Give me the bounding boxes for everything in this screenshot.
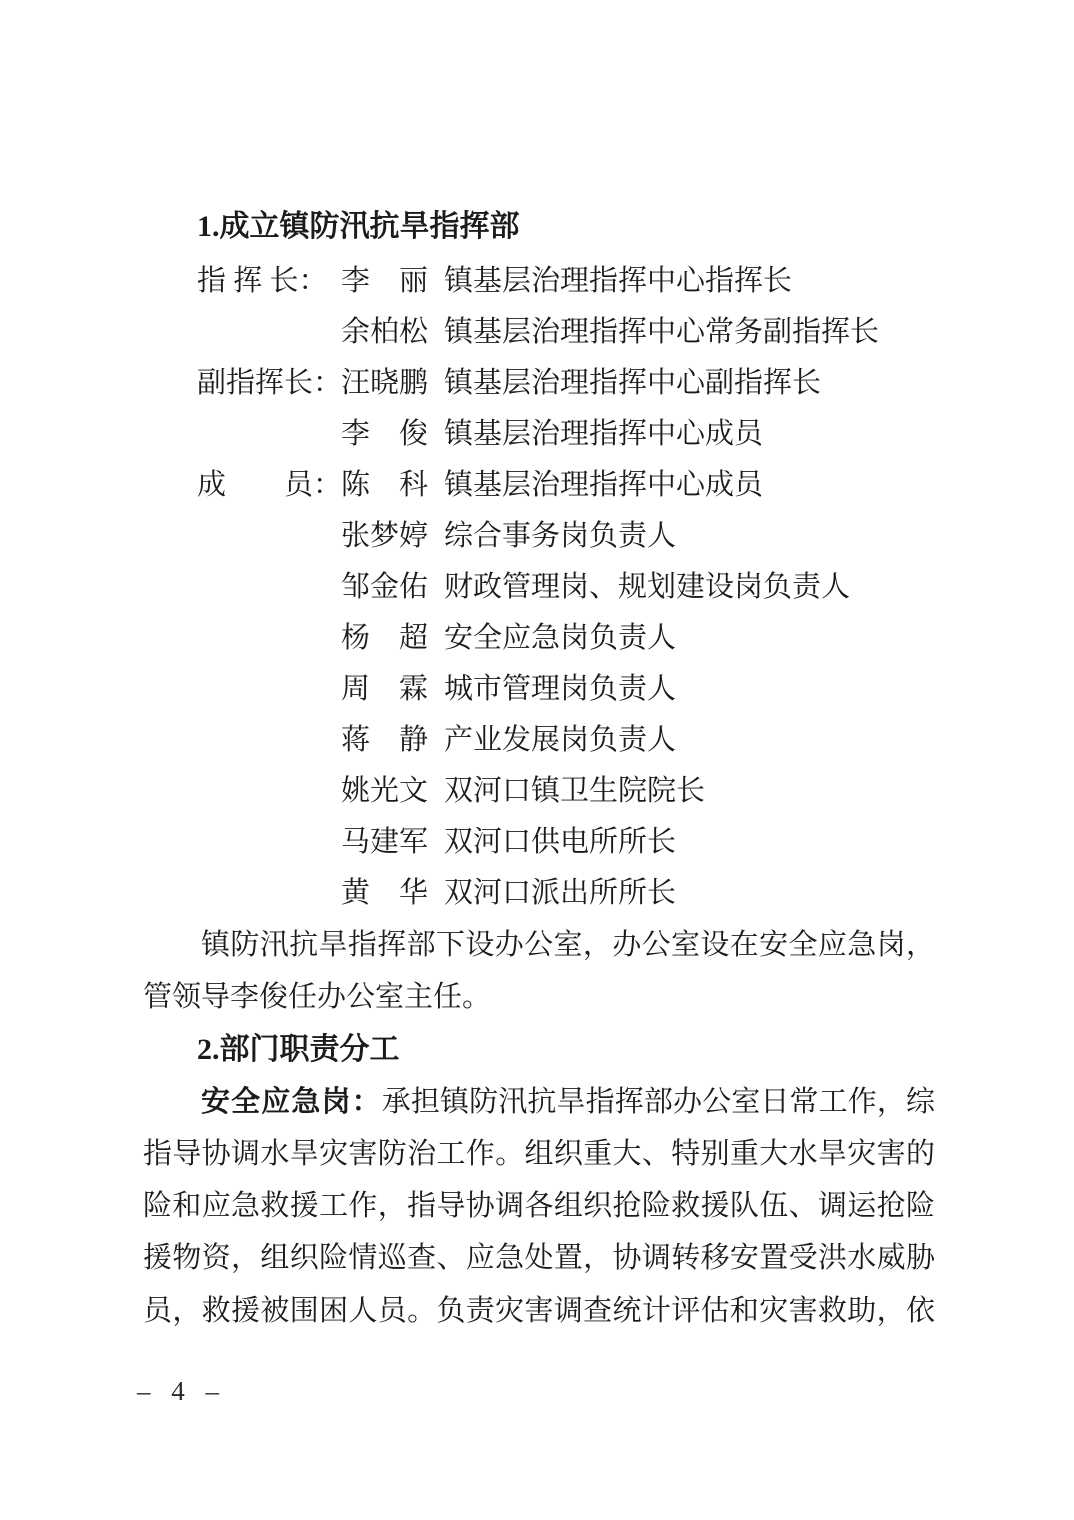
duty-paragraph-line: 险和应急救援工作，指导协调各组织抢险救援队伍、调运抢险救 xyxy=(143,1180,935,1232)
roster-person-title: 综合事务岗负责人 xyxy=(444,520,676,552)
document-page: 1.成立镇防汛抗旱指挥部 指 挥 长：李 丽镇基层治理指挥中心指挥长 余柏松镇基… xyxy=(0,0,1074,1520)
roster-row: 张梦婷综合事务岗负责人 xyxy=(143,511,935,562)
roster-person-name: 周 霖 xyxy=(341,664,444,715)
roster-row: 指 挥 长：李 丽镇基层治理指挥中心指挥长 xyxy=(143,256,935,307)
roster-row: 邹金佑财政管理岗、规划建设岗负责人 xyxy=(143,562,935,613)
section-2-heading: 2.部门职责分工 xyxy=(143,1024,935,1076)
roster-person-name: 杨 超 xyxy=(341,613,444,664)
roster-row: 黄 华双河口派出所所长 xyxy=(143,868,935,919)
roster-row: 杨 超安全应急岗负责人 xyxy=(143,613,935,664)
duty-paragraph-line: 安全应急岗：承担镇防汛抗旱指挥部办公室日常工作，综合 xyxy=(143,1076,935,1128)
roster-person-title: 城市管理岗负责人 xyxy=(444,673,676,705)
roster-person-title: 镇基层治理指挥中心成员 xyxy=(444,418,763,450)
page-number: – 4 – xyxy=(137,1376,222,1406)
roster-person-name: 李 俊 xyxy=(341,409,444,460)
roster-person-title: 镇基层治理指挥中心指挥长 xyxy=(444,265,792,297)
roster-row: 周 霖城市管理岗负责人 xyxy=(143,664,935,715)
roster-person-title: 财政管理岗、规划建设岗负责人 xyxy=(444,571,850,603)
roster-role-label: 指 挥 长： xyxy=(197,256,341,307)
roster-person-title: 双河口镇卫生院院长 xyxy=(444,775,705,807)
roster-row: 蒋 静产业发展岗负责人 xyxy=(143,715,935,766)
roster-row: 李 俊镇基层治理指挥中心成员 xyxy=(143,409,935,460)
roster-row: 副指挥长：汪晓鹏镇基层治理指挥中心副指挥长 xyxy=(143,358,935,409)
roster-row: 马建军双河口供电所所长 xyxy=(143,817,935,868)
roster-person-name: 邹金佑 xyxy=(341,562,444,613)
office-note-line: 镇防汛抗旱指挥部下设办公室，办公室设在安全应急岗，分 xyxy=(143,919,935,971)
document-body: 1.成立镇防汛抗旱指挥部 指 挥 长：李 丽镇基层治理指挥中心指挥长 余柏松镇基… xyxy=(143,198,935,1337)
section-1-heading: 1.成立镇防汛抗旱指挥部 xyxy=(143,198,935,256)
roster-person-title: 镇基层治理指挥中心成员 xyxy=(444,469,763,501)
roster-row: 姚光文双河口镇卫生院院长 xyxy=(143,766,935,817)
roster-person-name: 黄 华 xyxy=(341,868,444,919)
duty-paragraph-line: 援物资，组织险情巡查、应急处置，协调转移安置受洪水威胁人 xyxy=(143,1232,935,1284)
roster-person-name: 张梦婷 xyxy=(341,511,444,562)
roster-person-title: 产业发展岗负责人 xyxy=(444,724,676,756)
roster-person-title: 双河口供电所所长 xyxy=(444,826,676,858)
office-note-line: 管领导李俊任办公室主任。 xyxy=(143,971,935,1023)
roster-person-name: 蒋 静 xyxy=(341,715,444,766)
roster-role-label: 副指挥长： xyxy=(197,358,341,409)
roster-person-name: 余柏松 xyxy=(341,307,444,358)
roster-person-name: 汪晓鹏 xyxy=(341,358,444,409)
duty-paragraph-line: 指导协调水旱灾害防治工作。组织重大、特别重大水旱灾害的抢 xyxy=(143,1128,935,1180)
roster-person-name: 陈 科 xyxy=(341,460,444,511)
roster-person-name: 李 丽 xyxy=(341,256,444,307)
roster-role-label: 成 员： xyxy=(197,460,341,511)
roster-person-title: 镇基层治理指挥中心副指挥长 xyxy=(444,367,821,399)
roster-person-title: 安全应急岗负责人 xyxy=(444,622,676,654)
roster-person-name: 马建军 xyxy=(341,817,444,868)
duty-post-label: 安全应急岗： xyxy=(201,1086,382,1118)
roster-row: 成 员：陈 科镇基层治理指挥中心成员 xyxy=(143,460,935,511)
roster-row: 余柏松镇基层治理指挥中心常务副指挥长 xyxy=(143,307,935,358)
roster-person-name: 姚光文 xyxy=(341,766,444,817)
roster-person-title: 双河口派出所所长 xyxy=(444,877,676,909)
duty-paragraph-line: 员，救援被围困人员。负责灾害调查统计评估和灾害救助，依法 xyxy=(143,1285,935,1337)
roster-person-title: 镇基层治理指挥中心常务副指挥长 xyxy=(444,316,879,348)
